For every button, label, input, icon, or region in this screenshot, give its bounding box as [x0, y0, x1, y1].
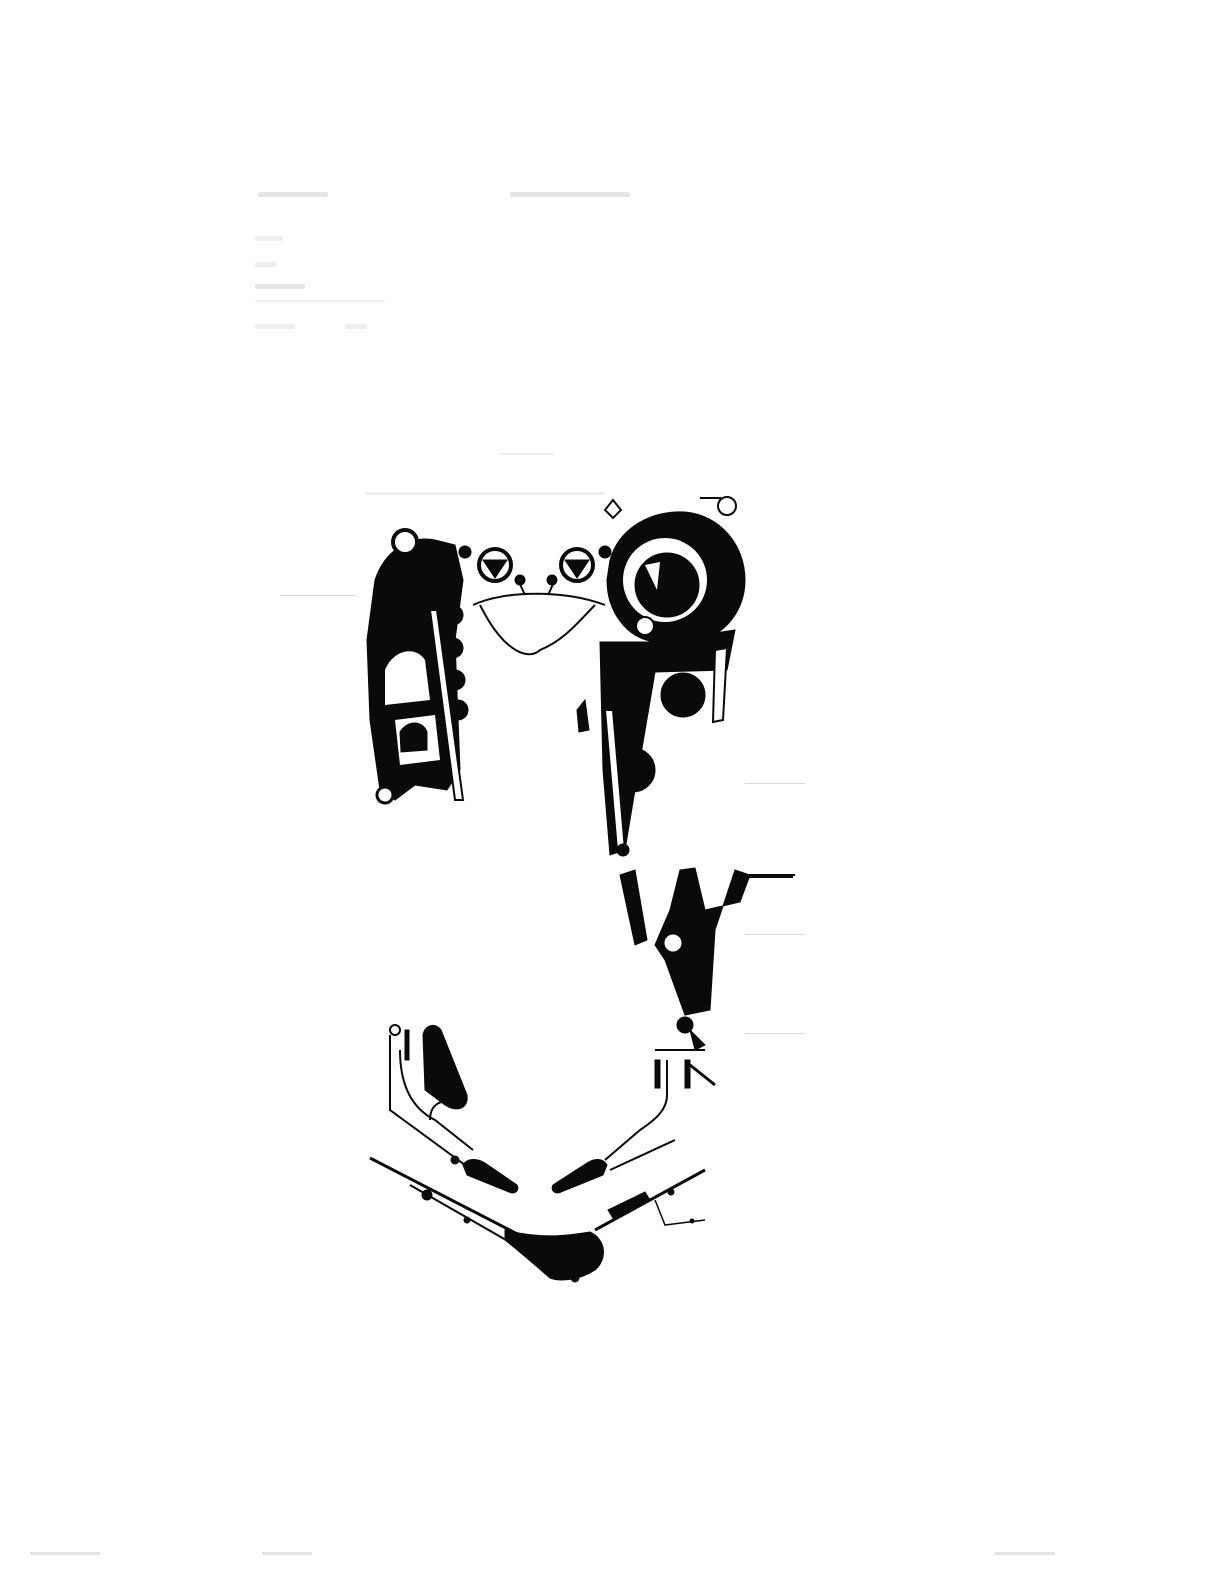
header-left-text [258, 192, 328, 197]
header-right-text [510, 192, 630, 197]
left-flipper [463, 1159, 518, 1192]
info-line-1 [255, 236, 283, 241]
footer-mark [995, 1552, 1055, 1555]
info-line-2 [255, 262, 277, 267]
info-line-4 [255, 324, 295, 329]
info-rule [255, 300, 385, 302]
callout-line [280, 595, 355, 596]
footer-mark [30, 1552, 100, 1555]
right-flipper [552, 1159, 607, 1192]
footer-mark [262, 1552, 312, 1555]
info-line-5 [345, 324, 367, 329]
outhole [505, 1230, 603, 1280]
info-line-3 [255, 284, 305, 289]
pinball-playfield-drawing [355, 470, 815, 1310]
figure-top-rule [500, 453, 555, 455]
left-slingshot [423, 1025, 467, 1108]
